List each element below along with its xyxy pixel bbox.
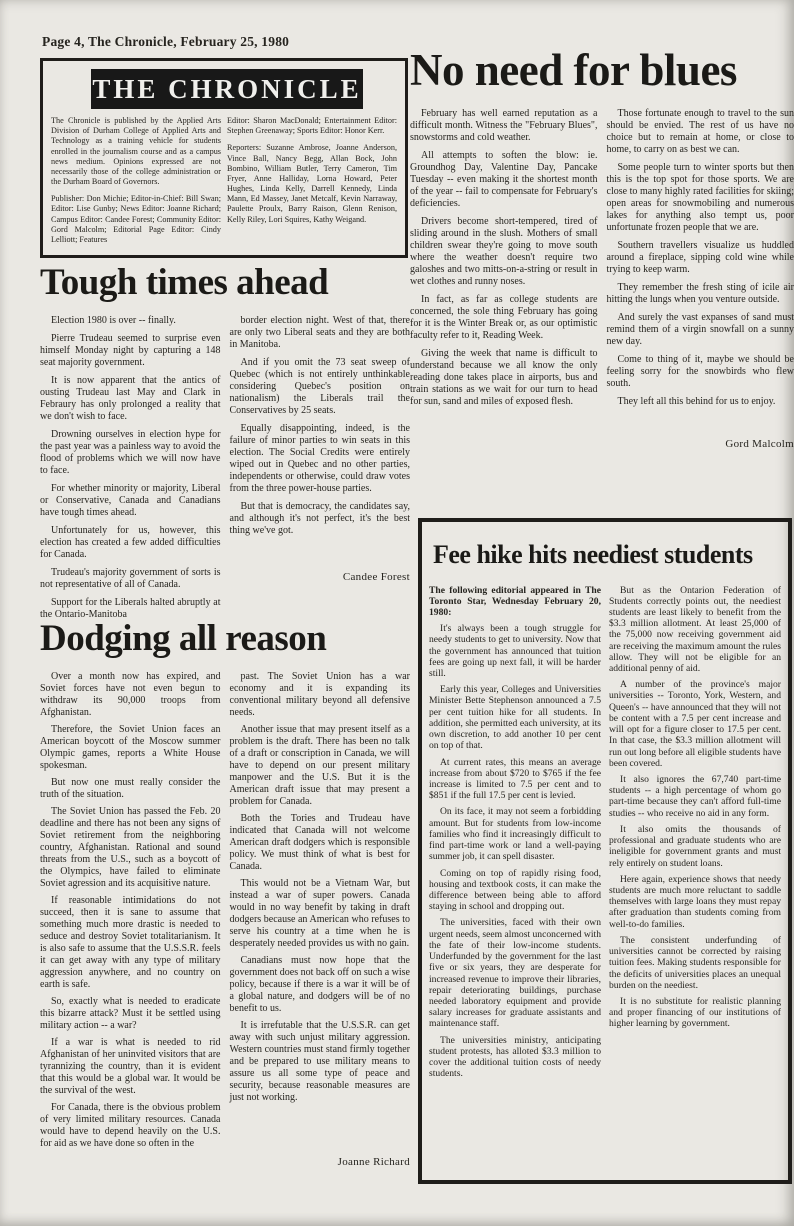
byline: Joanne Richard [230,1156,411,1169]
paragraph: Trudeau's majority government of sorts i… [40,567,221,591]
paragraph: It is irrefutable that the U.S.S.R. can … [230,1020,411,1104]
paragraph: It is now apparent that the antics of ou… [40,375,221,423]
masthead-columns: The Chronicle is published by the Applie… [51,116,397,252]
paragraph: Therefore, the Soviet Union faces an Ame… [40,724,221,772]
masthead-banner: THE CHRONICLE [91,69,363,109]
article-tough-times-ahead: Tough times ahead Election 1980 is over … [40,264,410,627]
paragraph: Unfortunately for us, however, this elec… [40,525,221,561]
paragraph: Pierre Trudeau seemed to surprise even h… [40,333,221,369]
article-column-2: past. The Soviet Union has a war economy… [230,671,411,1169]
paragraph: All attempts to soften the blow: ie. Gro… [410,150,598,210]
paragraph: If reasonable intimidations do not succe… [40,895,221,991]
paragraph: For whether minority or majority, Libera… [40,483,221,519]
paragraph: It is no substitute for realistic planni… [609,996,781,1030]
article-column-2: Those fortunate enough to travel to the … [607,108,794,451]
column-paragraphs: It's always been a tough struggle for ne… [429,623,601,1079]
editorial-intro: The following editorial appeared in The … [429,585,601,619]
paragraph: Publisher: Don Michie; Editor-in-Chief: … [51,194,221,245]
paragraph: In fact, as far as college students are … [410,294,598,342]
article-dodging-all-reason: Dodging all reason Over a month now has … [40,620,410,1169]
paragraph: It also ignores the 67,740 part-time stu… [609,774,781,819]
paragraph: It also omits the thousands of professio… [609,824,781,869]
article-no-need-for-blues: No need for blues February has well earn… [410,48,794,451]
paragraph: And surely the vast expanses of sand mus… [607,312,794,348]
paragraph: On its face, it may not seem a forbiddin… [429,806,601,862]
article-columns: Election 1980 is over -- finally.Pierre … [40,315,410,627]
article-column-1: Over a month now has expired, and Soviet… [40,671,221,1169]
paragraph: Editor: Sharon MacDonald; Entertainment … [227,116,397,136]
paragraph: Some people turn to winter sports but th… [607,162,794,234]
page-header: Page 4, The Chronicle, February 25, 1980 [42,34,289,50]
byline: Candee Forest [230,571,411,584]
article-title: Fee hike hits neediest students [433,542,777,569]
column-paragraphs: Those fortunate enough to travel to the … [607,108,794,408]
paragraph: February has well earned reputation as a… [410,108,598,144]
paragraph: But as the Ontarion Federation of Studen… [609,585,781,675]
paragraph: They remember the fresh sting of icile a… [607,282,794,306]
article-column-1: February has well earned reputation as a… [410,108,598,451]
paragraph: border election night. West of that, the… [230,315,411,351]
paragraph: The universities ministry, anticipating … [429,1035,601,1080]
paragraph: The Soviet Union has passed the Feb. 20 … [40,806,221,890]
paragraph: They left all this behind for us to enjo… [607,396,794,408]
masthead-box: THE CHRONICLE The Chronicle is published… [40,58,408,258]
paragraph: Canadians must now hope that the governm… [230,955,411,1015]
article-columns: Over a month now has expired, and Soviet… [40,671,410,1169]
paragraph: Election 1980 is over -- finally. [40,315,221,327]
paragraph: Drivers become short-tempered, tired of … [410,216,598,288]
paragraph: If a war is what is needed to rid Afghan… [40,1037,221,1097]
paragraph: Over a month now has expired, and Soviet… [40,671,221,719]
byline: Gord Malcolm [607,438,794,451]
paragraph: The universities, faced with their own u… [429,917,601,1029]
paragraph: Here again, experience shows that needy … [609,874,781,930]
article-columns: February has well earned reputation as a… [410,108,794,451]
masthead-column-1: The Chronicle is published by the Applie… [51,116,221,252]
paragraph: And if you omit the 73 seat sweep of Que… [230,357,411,417]
paragraph: So, exactly what is needed to eradicate … [40,996,221,1032]
paragraph: Coming on top of rapidly rising food, ho… [429,868,601,913]
article-title: Tough times ahead [40,264,410,302]
paragraph: Early this year, Colleges and Universiti… [429,684,601,751]
column-paragraphs: past. The Soviet Union has a war economy… [230,671,411,1104]
paragraph: A number of the province's major univers… [609,679,781,769]
article-fee-hike-box: Fee hike hits neediest students The foll… [418,518,792,1184]
article-title: No need for blues [410,48,794,94]
article-column-1: The following editorial appeared in The … [429,585,601,1085]
paragraph: For Canada, there is the obvious problem… [40,1102,221,1150]
paragraph: Equally disappointing, indeed, is the fa… [230,423,411,495]
article-column-2: border election night. West of that, the… [230,315,411,627]
paragraph: But that is democracy, the candidates sa… [230,501,411,537]
paragraph: Both the Tories and Trudeau have indicat… [230,813,411,873]
paragraph: The consistent underfunding of universit… [609,935,781,991]
paragraph: Southern travellers visualize us huddled… [607,240,794,276]
newspaper-page: Page 4, The Chronicle, February 25, 1980… [0,0,794,1226]
paragraph: At current rates, this means an average … [429,757,601,802]
masthead-column-2: Editor: Sharon MacDonald; Entertainment … [227,116,397,252]
article-column-1: Election 1980 is over -- finally.Pierre … [40,315,221,627]
paragraph: Giving the week that name is difficult t… [410,348,598,408]
article-column-2: But as the Ontarion Federation of Studen… [609,585,781,1085]
article-columns: The following editorial appeared in The … [429,585,781,1085]
paragraph: This would not be a Vietnam War, but ins… [230,878,411,950]
paragraph: Come to thing of it, maybe we should be … [607,354,794,390]
paragraph: past. The Soviet Union has a war economy… [230,671,411,719]
paragraph: Reporters: Suzanne Ambrose, Joanne Ander… [227,143,397,224]
paragraph: Those fortunate enough to travel to the … [607,108,794,156]
paragraph: Another issue that may present itself as… [230,724,411,808]
paragraph: But now one must really consider the tru… [40,777,221,801]
column-paragraphs: border election night. West of that, the… [230,315,411,537]
paragraph: It's always been a tough struggle for ne… [429,623,601,679]
newspaper-title: THE CHRONICLE [92,74,361,105]
paragraph: Drowning ourselves in election hype for … [40,429,221,477]
article-title: Dodging all reason [40,620,410,658]
paragraph: The Chronicle is published by the Applie… [51,116,221,187]
